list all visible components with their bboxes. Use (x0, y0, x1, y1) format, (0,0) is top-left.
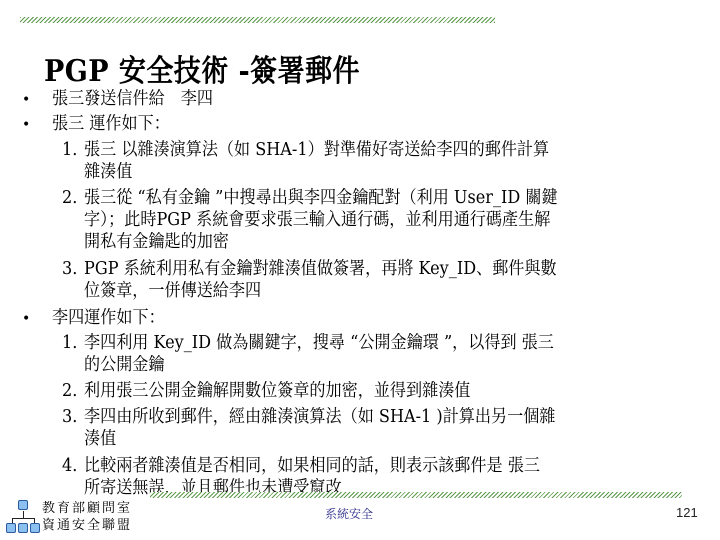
list-item-line: PGP 系統利用私有金鑰對雜湊值做簽署，再將 Key_ID、郵件與數 (84, 258, 557, 280)
top-decorative-stripe (20, 17, 495, 23)
list-item-line: 李四由所收到郵件，經由雜湊演算法（如 SHA-1 )計算出另一個雜 (84, 406, 555, 428)
list-item-number: 1. (62, 332, 77, 354)
list-item-number: 4. (62, 455, 77, 477)
org-logo-icon (8, 500, 38, 538)
list-item-number: 2. (62, 380, 77, 402)
bullet-1-text: 張三發送信件給 李四 (52, 88, 213, 110)
bullet-2-text: 張三 運作如下： (52, 113, 170, 135)
list-item-line: 張三從 “私有金鑰 ”中搜尋出與李四金鑰配對（利用 User_ID 關鍵 (84, 187, 558, 209)
org-name-line-1: 教育部顧問室 (42, 501, 132, 517)
bullet-3-text: 李四運作如下： (52, 307, 165, 329)
list-item-line: 張三 以雜湊演算法（如 SHA-1）對準備好寄送給李四的郵件計算 (84, 139, 549, 161)
list-item-number: 1. (62, 139, 77, 161)
bullet-icon: • (22, 311, 30, 327)
list-item-line: 李四利用 Key_ID 做為關鍵字，搜尋 “公開金鑰環 ”，以得到 張三 (84, 332, 554, 354)
list-item-number: 3. (62, 258, 77, 280)
bottom-decorative-stripe (150, 492, 682, 498)
org-name-line-2: 資通安全聯盟 (42, 518, 132, 534)
list-item-line: 開私有金鑰匙的加密 (84, 231, 229, 253)
list-item-line: 湊值 (84, 428, 116, 450)
list-item-number: 2. (62, 187, 77, 209)
slide-title: PGP 安全技術 -簽署郵件 (44, 46, 360, 90)
footer-course-title: 系統安全 (325, 505, 373, 522)
list-item-line: 比較兩者雜湊值是否相同，如果相同的話，則表示該郵件是 張三 (84, 455, 540, 477)
list-item-number: 3. (62, 406, 77, 428)
list-item-line: 雜湊值 (84, 161, 132, 183)
list-item-line: 字）；此時PGP 系統會要求張三輸入通行碼，並利用通行碼產生解 (84, 209, 550, 231)
page-number: 121 (676, 505, 698, 520)
bullet-icon: • (22, 117, 30, 133)
bullet-icon: • (22, 92, 30, 108)
list-item-line: 利用張三公開金鑰解開數位簽章的加密，並得到雜湊值 (84, 380, 470, 402)
list-item-line: 的公開金鑰 (84, 354, 165, 376)
list-item-line: 位簽章，一併傳送給李四 (84, 280, 261, 302)
